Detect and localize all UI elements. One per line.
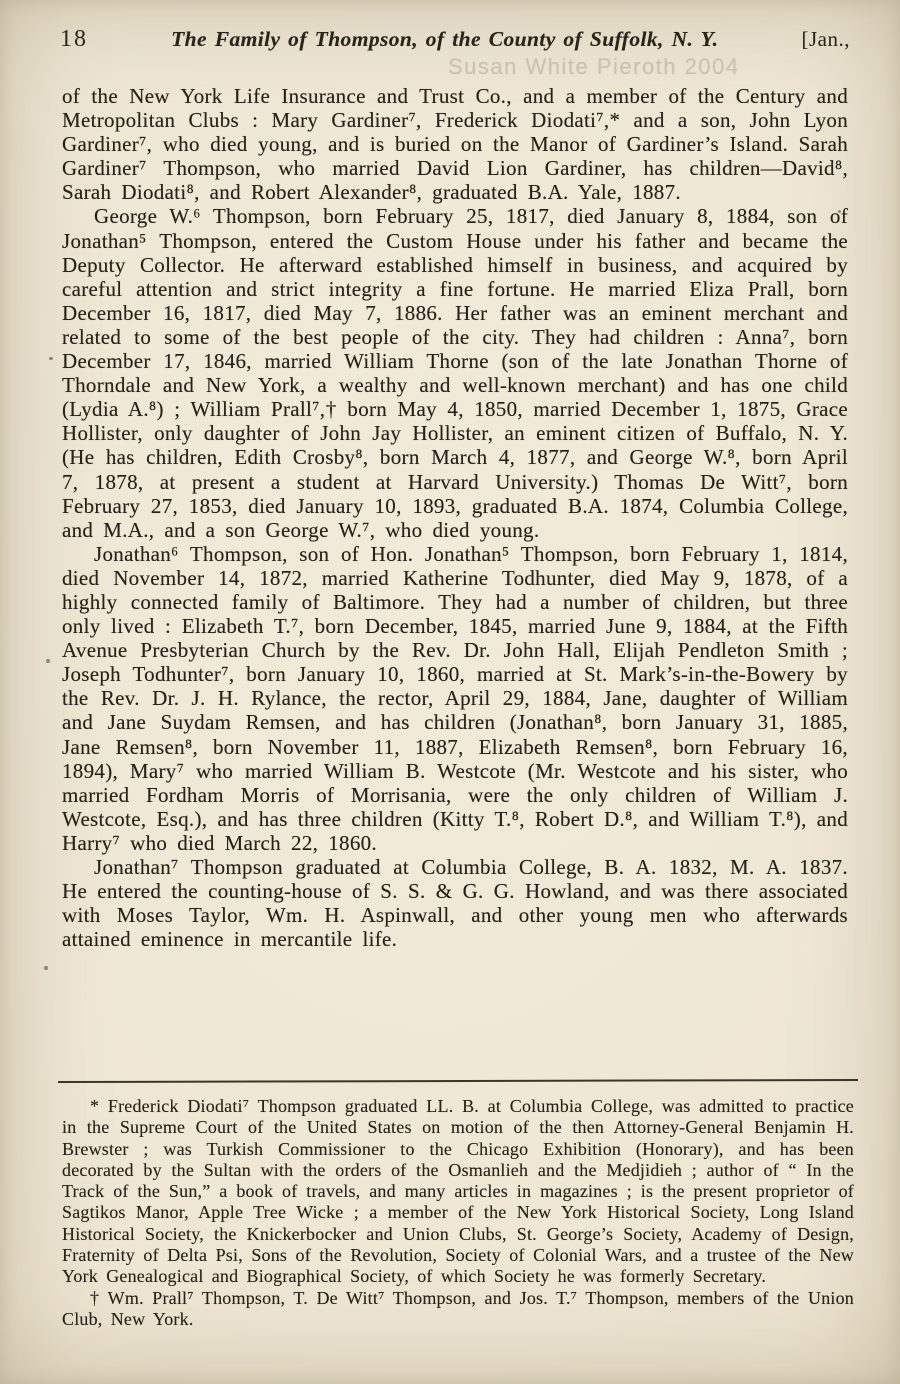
scan-speck [49,357,53,360]
body-paragraph-4: Jonathan⁷ Thompson graduated at Columbia… [62,855,848,951]
running-header: 18 The Family of Thompson, of the County… [60,26,850,53]
body-paragraph-1: of the New York Life Insurance and Trust… [62,84,848,204]
scan-speck [44,966,48,970]
page-body: of the New York Life Insurance and Trust… [62,84,848,951]
watermark: Susan White Pieroth 2004 [448,54,740,80]
footnote-asterisk: * Frederick Diodati⁷ Thompson graduated … [62,1096,854,1288]
footnote-divider [58,1079,858,1083]
footnote-dagger: † Wm. Prall⁷ Thompson, T. De Witt⁷ Thomp… [62,1288,854,1331]
scan-speck [46,659,50,663]
footnotes-section: * Frederick Diodati⁷ Thompson graduated … [62,1096,854,1330]
running-title: The Family of Thompson, of the County of… [171,27,718,52]
issue-label: [Jan., [801,27,850,52]
scanned-book-page: 18 The Family of Thompson, of the County… [0,0,900,1384]
body-paragraph-3: Jonathan⁶ Thompson, son of Hon. Jonathan… [62,542,848,855]
body-paragraph-2: George W.⁶ Thompson, born February 25, 1… [62,204,848,541]
page-number: 18 [60,26,88,53]
